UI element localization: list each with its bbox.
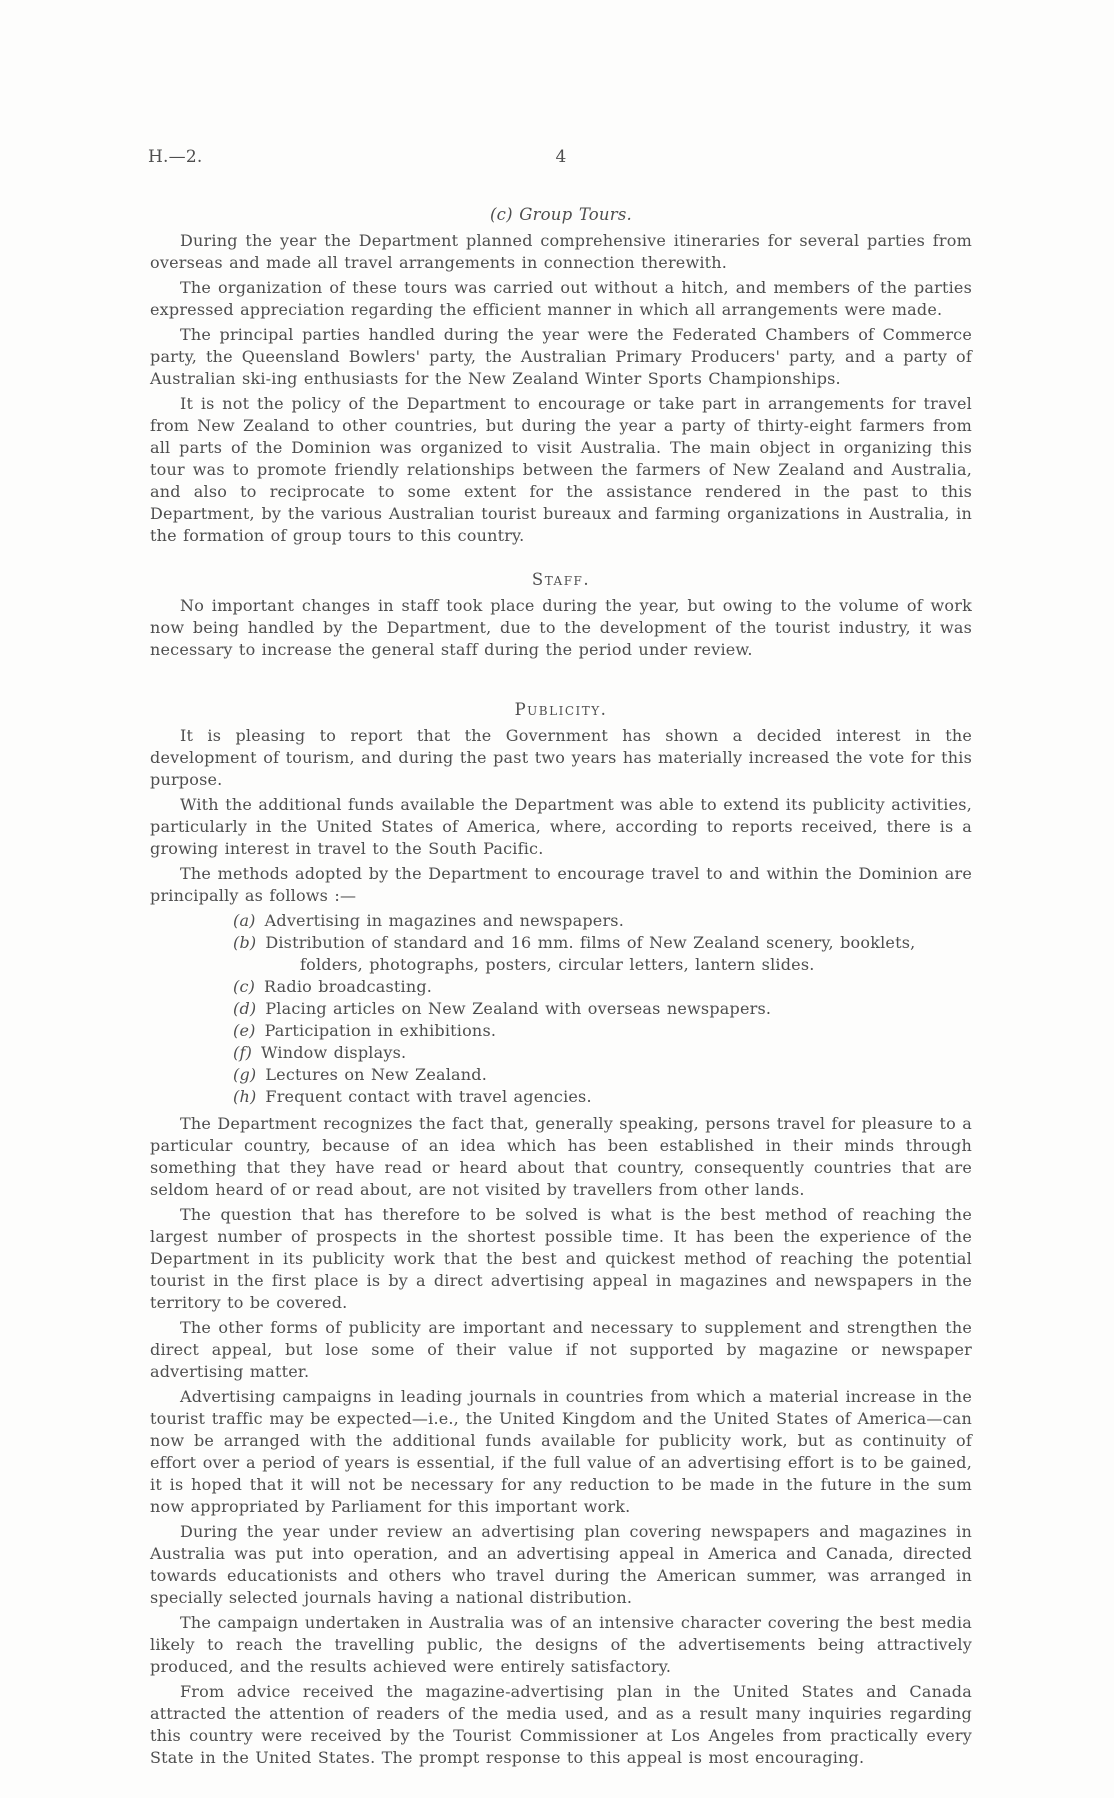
paragraph: No important changes in staff took place… (150, 595, 972, 661)
paragraph: From advice received the magazine-advert… (150, 1681, 972, 1769)
group-tours-heading: (c) Group Tours. (150, 204, 972, 226)
list-item-text: Advertising in magazines and newspapers. (265, 911, 624, 930)
list-item-marker: (b) (233, 933, 256, 952)
list-item: (g)Lectures on New Zealand. (150, 1064, 972, 1086)
paragraph: The methods adopted by the Department to… (150, 863, 972, 907)
list-item-marker: (d) (233, 999, 256, 1018)
paragraph: With the additional funds available the … (150, 794, 972, 860)
list-item-marker: (h) (233, 1087, 256, 1106)
paragraph: The campaign undertaken in Australia was… (150, 1612, 972, 1678)
publicity-methods-list: (a)Advertising in magazines and newspape… (150, 910, 972, 1108)
paragraph: The question that has therefore to be so… (150, 1204, 972, 1314)
paragraph: It is pleasing to report that the Govern… (150, 725, 972, 791)
list-item: (b)Distribution of standard and 16 mm. f… (150, 932, 972, 976)
paragraph: During the year under review an advertis… (150, 1521, 972, 1609)
paragraph: It is not the policy of the Department t… (150, 393, 972, 547)
paragraph: During the year the Department planned c… (150, 230, 972, 274)
list-item-marker: (c) (233, 977, 255, 996)
list-item-marker: (f) (233, 1043, 252, 1062)
list-item: (h)Frequent contact with travel agencies… (150, 1086, 972, 1108)
staff-heading: Staff. (150, 569, 972, 591)
document-page: H.—2. 4 (c) Group Tours. During the year… (150, 146, 972, 1772)
list-item-text: Radio broadcasting. (264, 977, 432, 996)
paragraph: Advertising campaigns in leading journal… (150, 1386, 972, 1518)
list-item-text: Lectures on New Zealand. (265, 1065, 487, 1084)
list-item-marker: (g) (233, 1065, 256, 1084)
list-item: (c)Radio broadcasting. (150, 976, 972, 998)
running-head: H.—2. 4 (150, 146, 972, 168)
list-item-text: Frequent contact with travel agencies. (265, 1087, 591, 1106)
paragraph: The other forms of publicity are importa… (150, 1317, 972, 1383)
list-item: (d)Placing articles on New Zealand with … (150, 998, 972, 1020)
list-item-marker: (e) (233, 1021, 256, 1040)
list-item: (f)Window displays. (150, 1042, 972, 1064)
list-item: (e)Participation in exhibitions. (150, 1020, 972, 1042)
paragraph: The Department recognizes the fact that,… (150, 1113, 972, 1201)
paragraph: The organization of these tours was carr… (150, 277, 972, 321)
list-item-marker: (a) (233, 911, 256, 930)
paragraph: The principal parties handled during the… (150, 324, 972, 390)
list-item-text: Placing articles on New Zealand with ove… (265, 999, 771, 1018)
list-item-text: Window displays. (261, 1043, 406, 1062)
list-item-text: Distribution of standard and 16 mm. film… (265, 933, 915, 974)
page-number: 4 (150, 146, 972, 168)
publicity-heading: Publicity. (150, 699, 972, 721)
list-item: (a)Advertising in magazines and newspape… (150, 910, 972, 932)
list-item-text: Participation in exhibitions. (265, 1021, 497, 1040)
